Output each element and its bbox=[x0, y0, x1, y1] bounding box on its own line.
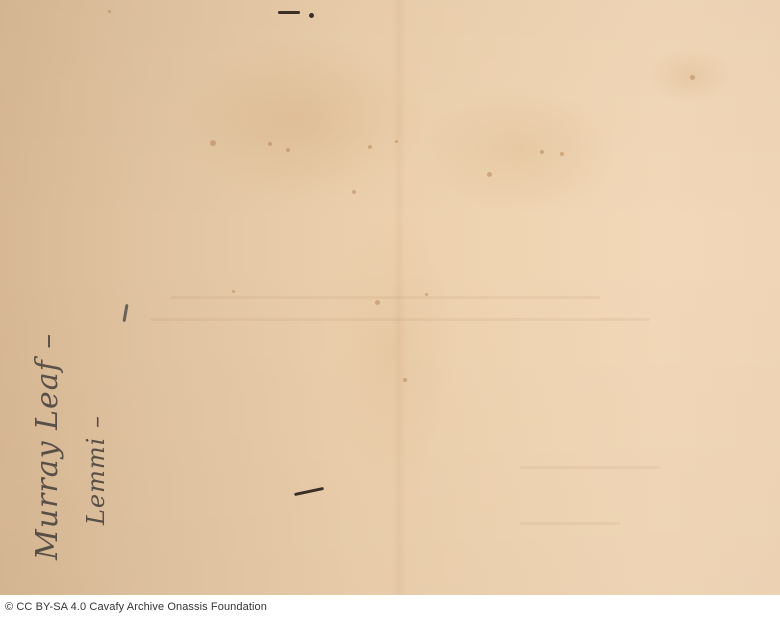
foxing-spot bbox=[286, 148, 290, 152]
foxing-spot bbox=[560, 152, 564, 156]
bleed-through-line bbox=[170, 296, 600, 299]
foxing-spot bbox=[232, 290, 235, 293]
foxing-spot bbox=[395, 140, 398, 143]
ink-mark-bottom bbox=[294, 487, 324, 496]
foxing-spot bbox=[425, 293, 428, 296]
foxing-spot bbox=[210, 140, 216, 146]
foxing-spot bbox=[403, 378, 407, 382]
foxing-spot bbox=[268, 142, 272, 146]
foxing-spot bbox=[540, 150, 544, 154]
foxing-spot bbox=[690, 75, 695, 80]
ink-dot-top bbox=[309, 13, 314, 18]
dash-mark bbox=[122, 304, 128, 322]
copyright-caption-bar: © CC BY-SA 4.0 Cavafy Archive Onassis Fo… bbox=[0, 595, 780, 619]
bleed-through-line bbox=[150, 318, 650, 321]
bleed-through-line bbox=[520, 466, 660, 469]
foxing-spot bbox=[375, 300, 380, 305]
foxing-spot bbox=[487, 172, 492, 177]
foxing-spot bbox=[108, 10, 111, 13]
copyright-caption: © CC BY-SA 4.0 Cavafy Archive Onassis Fo… bbox=[5, 601, 267, 613]
foxing-spot bbox=[352, 190, 356, 194]
manuscript-page: Murray Leaf – Lemmi – bbox=[0, 0, 780, 595]
document-viewer: Murray Leaf – Lemmi – © CC BY-SA 4.0 Cav… bbox=[0, 0, 780, 619]
bleed-through-line bbox=[520, 522, 620, 525]
handwritten-line-2: Lemmi – bbox=[82, 415, 110, 525]
ink-mark-top bbox=[278, 11, 300, 14]
handwritten-line-1: Murray Leaf – bbox=[30, 333, 65, 560]
foxing-spot bbox=[368, 145, 372, 149]
